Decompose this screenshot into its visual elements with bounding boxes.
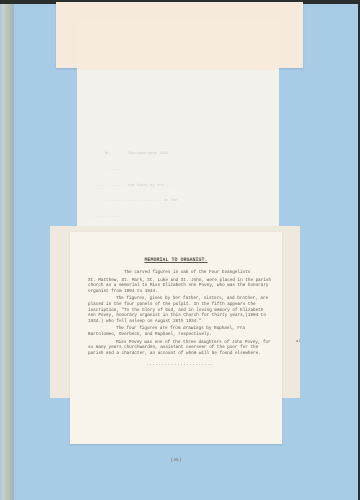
upper-line: ...............the Vicar by the ...... [87, 184, 273, 189]
binder-spine [2, 4, 14, 500]
memorial-page: MEMORIAL TO ORGANIST. The carved figures… [70, 232, 282, 444]
upper-typed-sheet: Mr. Churchwardens 1935 ......... .......… [77, 20, 279, 230]
upper-sheet-fold [77, 20, 279, 70]
paragraph: St. Matthew, St. Mark, St. Luke and St. … [88, 278, 272, 295]
memorial-body: The carved figures in oak of the Four Ev… [88, 270, 272, 368]
paragraph: The figures, given by her father, sister… [88, 296, 272, 324]
upper-line: Mr. Churchwardens 1935 [87, 152, 273, 157]
margin-mark: al [296, 340, 301, 344]
upper-line: ......... [87, 168, 273, 173]
paragraph: Miss Povey was one of the three daughter… [88, 340, 272, 357]
paragraph: The four figures are from drawings by Ra… [88, 326, 272, 337]
upper-line: ..........................at the [87, 199, 273, 204]
upper-line: ............. [87, 215, 273, 220]
page-title: MEMORIAL TO ORGANIST. [70, 257, 282, 263]
page-number: (45) [70, 458, 282, 463]
separator-line: ...................... [88, 362, 272, 368]
paragraph: The carved figures in oak of the Four Ev… [88, 270, 272, 276]
